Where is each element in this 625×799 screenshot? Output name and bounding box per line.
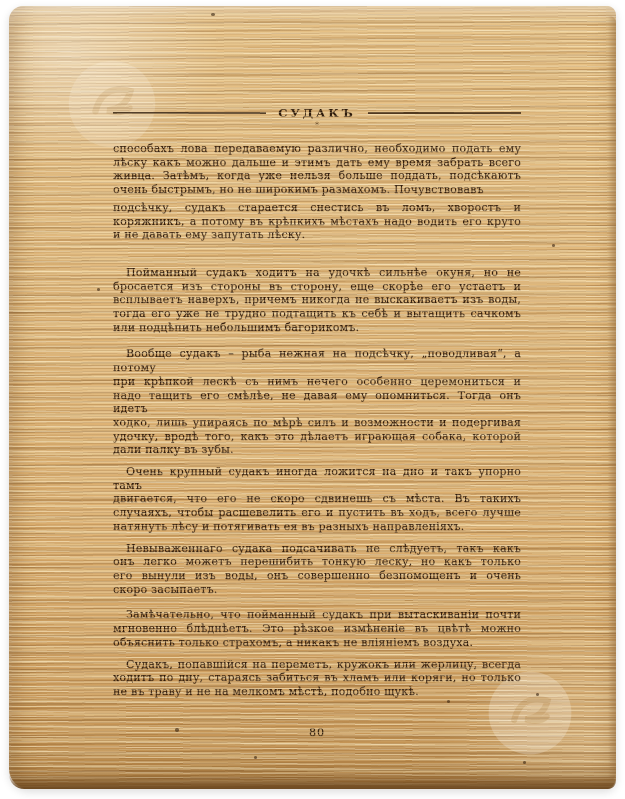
header-rule-right [368,112,521,114]
text-line: надо тащить его смѣлѣе, не давая ему опо… [113,389,521,416]
text-line: онъ легко можетъ перешибить тонкую леску… [113,555,521,569]
text-line: не въ траву и не на мелкомъ мѣстѣ, подоб… [113,685,521,699]
product-photo: СУДАКЪ * способахъ лова передаваемую раз… [0,0,625,799]
wood-speck [552,244,555,247]
text-line: Очень крупный судакъ иногда ложится на д… [113,465,521,492]
paragraph: Очень крупный судакъ иногда ложится на д… [113,465,521,534]
printed-page: СУДАКЪ * способахъ лова передаваемую раз… [113,106,521,739]
text-line: бросается изъ стороны въ сторону, еще ск… [113,280,521,294]
text-line: объяснить только страхомъ, а никакъ не в… [113,636,521,650]
text-line: всплываетъ наверхъ, причемъ никогда не в… [113,293,521,307]
paragraph: Судакъ, попавшійся на переметъ, кружокъ … [113,658,521,699]
text-line: способахъ лова передаваемую различно, не… [113,142,521,156]
text-line: и не давать ему запутать лѣску. [113,228,521,242]
wood-speck [523,761,526,764]
text-line: Пойманный судакъ ходитъ на удочкѣ сильнѣ… [113,266,521,280]
text-line: очень быстрымъ, но не широкимъ размахомъ… [113,183,521,197]
wooden-board: СУДАКЪ * способахъ лова передаваемую раз… [9,6,616,789]
text-line: Вообще судакъ – рыба нежная на подсѣчку,… [113,347,521,374]
text-line: при крѣпкой лескѣ съ нимъ нечего особенн… [113,375,521,389]
page-title: СУДАКЪ [278,106,356,120]
text-line: живца. Затѣмъ, когда уже нельзя больше п… [113,169,521,183]
wood-speck [254,756,257,759]
paragraph: подсѣчку, судакъ старается снестись въ л… [113,201,521,242]
text-line: Замѣчательно, что пойманный судакъ при в… [113,608,521,622]
text-line: или подцѣпить небольшимъ багорикомъ. [113,321,521,335]
text-line: подсѣчку, судакъ старается снестись въ л… [113,201,521,215]
text-line: двигается, что его не скоро сдвинешь съ … [113,492,521,506]
paragraph: Вообще судакъ – рыба нежная на подсѣчку,… [113,347,521,457]
text-line: удочку, вродѣ того, какъ это дѣлаетъ игр… [113,430,521,444]
text-line: Судакъ, попавшійся на переметъ, кружокъ … [113,658,521,672]
text-line: случаяхъ, чтобы расшевелить его и пустит… [113,506,521,520]
paragraph: Пойманный судакъ ходитъ на удочкѣ сильнѣ… [113,266,521,335]
text-line: лѣску какъ можно дальше и этимъ дать ему… [113,156,521,170]
board-bottom-edge [9,774,616,789]
text-line: ходитъ по дну, стараясь забиться въ хлам… [113,671,521,685]
paragraph: способахъ лова передаваемую различно, не… [113,142,521,197]
text-line: ходко, лишь упираясь по мѣрѣ силъ и возм… [113,416,521,430]
wood-speck [211,13,215,16]
page-number: 80 [113,726,521,739]
text-line: тогда его уже не трудно подтащить къ себ… [113,307,521,321]
paragraph: Замѣчательно, что пойманный судакъ при в… [113,608,521,649]
footnote-mark: * [113,121,521,130]
text-body: способахъ лова передаваемую различно, не… [113,142,521,699]
board-right-edge [608,16,616,781]
text-line: натянуть лѣсу и потягивать ея въ разныхъ… [113,520,521,534]
header-rule-left [113,112,266,114]
page-header: СУДАКЪ [113,106,521,120]
text-line: Невываженнаго судака подсачивать не слѣд… [113,542,521,556]
text-line: дали палку въ зубы. [113,443,521,457]
wood-speck [97,288,100,291]
text-line: коряжникъ, а потому въ крѣпкихъ мѣстахъ … [113,215,521,229]
text-line: скоро засыпаетъ. [113,583,521,597]
wood-speck [536,693,539,696]
text-line: его вынули изъ воды, онъ совершенно безп… [113,569,521,583]
text-line: мгновенно блѣднѣетъ. Это рѣзкое измѣнені… [113,622,521,636]
paragraph: Невываженнаго судака подсачивать не слѣд… [113,542,521,597]
